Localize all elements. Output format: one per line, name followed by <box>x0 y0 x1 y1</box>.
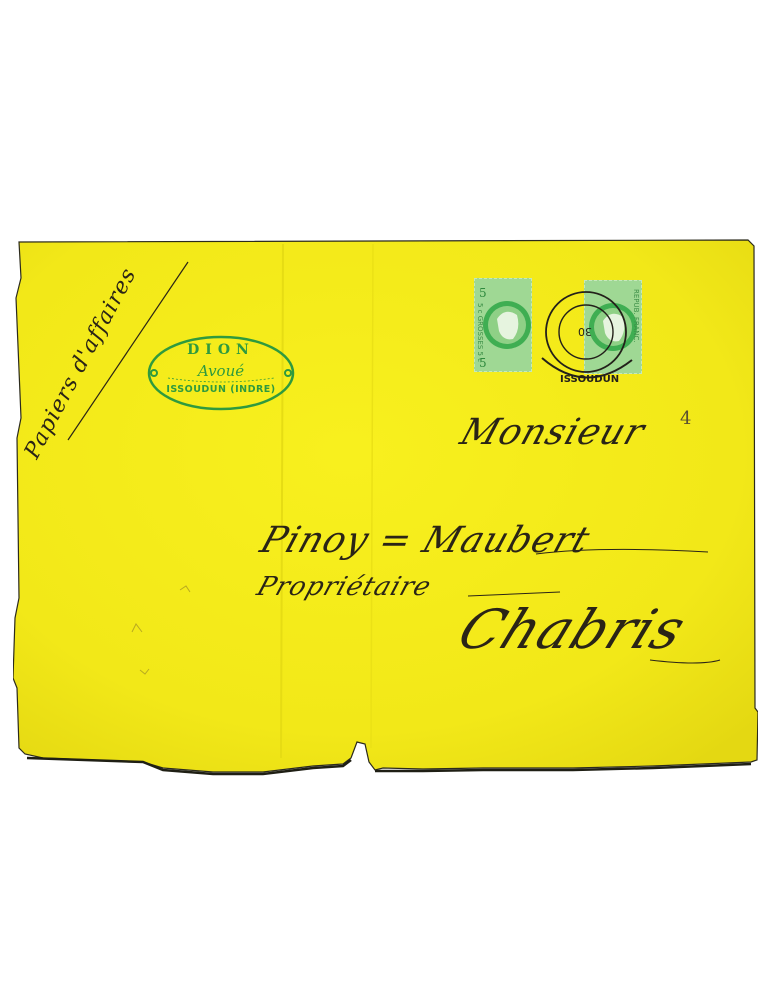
stamp-left-side-text: 5 c GROSSES 5 c <box>476 303 484 362</box>
lawyer-cachet: DION Avoué ISSOUDUN (INDRE) <box>146 334 296 412</box>
postmark-date: 30 <box>578 325 592 338</box>
svg-text:5: 5 <box>479 286 487 300</box>
stamp-left: 5 5 5 c GROSSES 5 c <box>474 278 532 372</box>
cachet-name: DION <box>146 342 296 358</box>
postmark: 30 ISSOUDUN <box>530 288 650 398</box>
postmark-town-bottom: ISSOUDUN <box>560 374 619 385</box>
address-recipient-name: Pinoy = Maubert <box>255 520 595 561</box>
handwriting-layer: Papiers d'affaires DION Avoué ISSOUDUN (… <box>0 0 771 1000</box>
sheet-number: 4 <box>680 408 692 429</box>
address-occupation: Propriétaire <box>253 572 435 602</box>
address-salutation: Monsieur <box>455 412 650 453</box>
cachet-place: ISSOUDUN (INDRE) <box>146 384 296 395</box>
address-town: Chabris <box>449 598 695 661</box>
annotation-underline <box>0 0 771 1000</box>
cachet-title: Avoué <box>146 362 296 380</box>
